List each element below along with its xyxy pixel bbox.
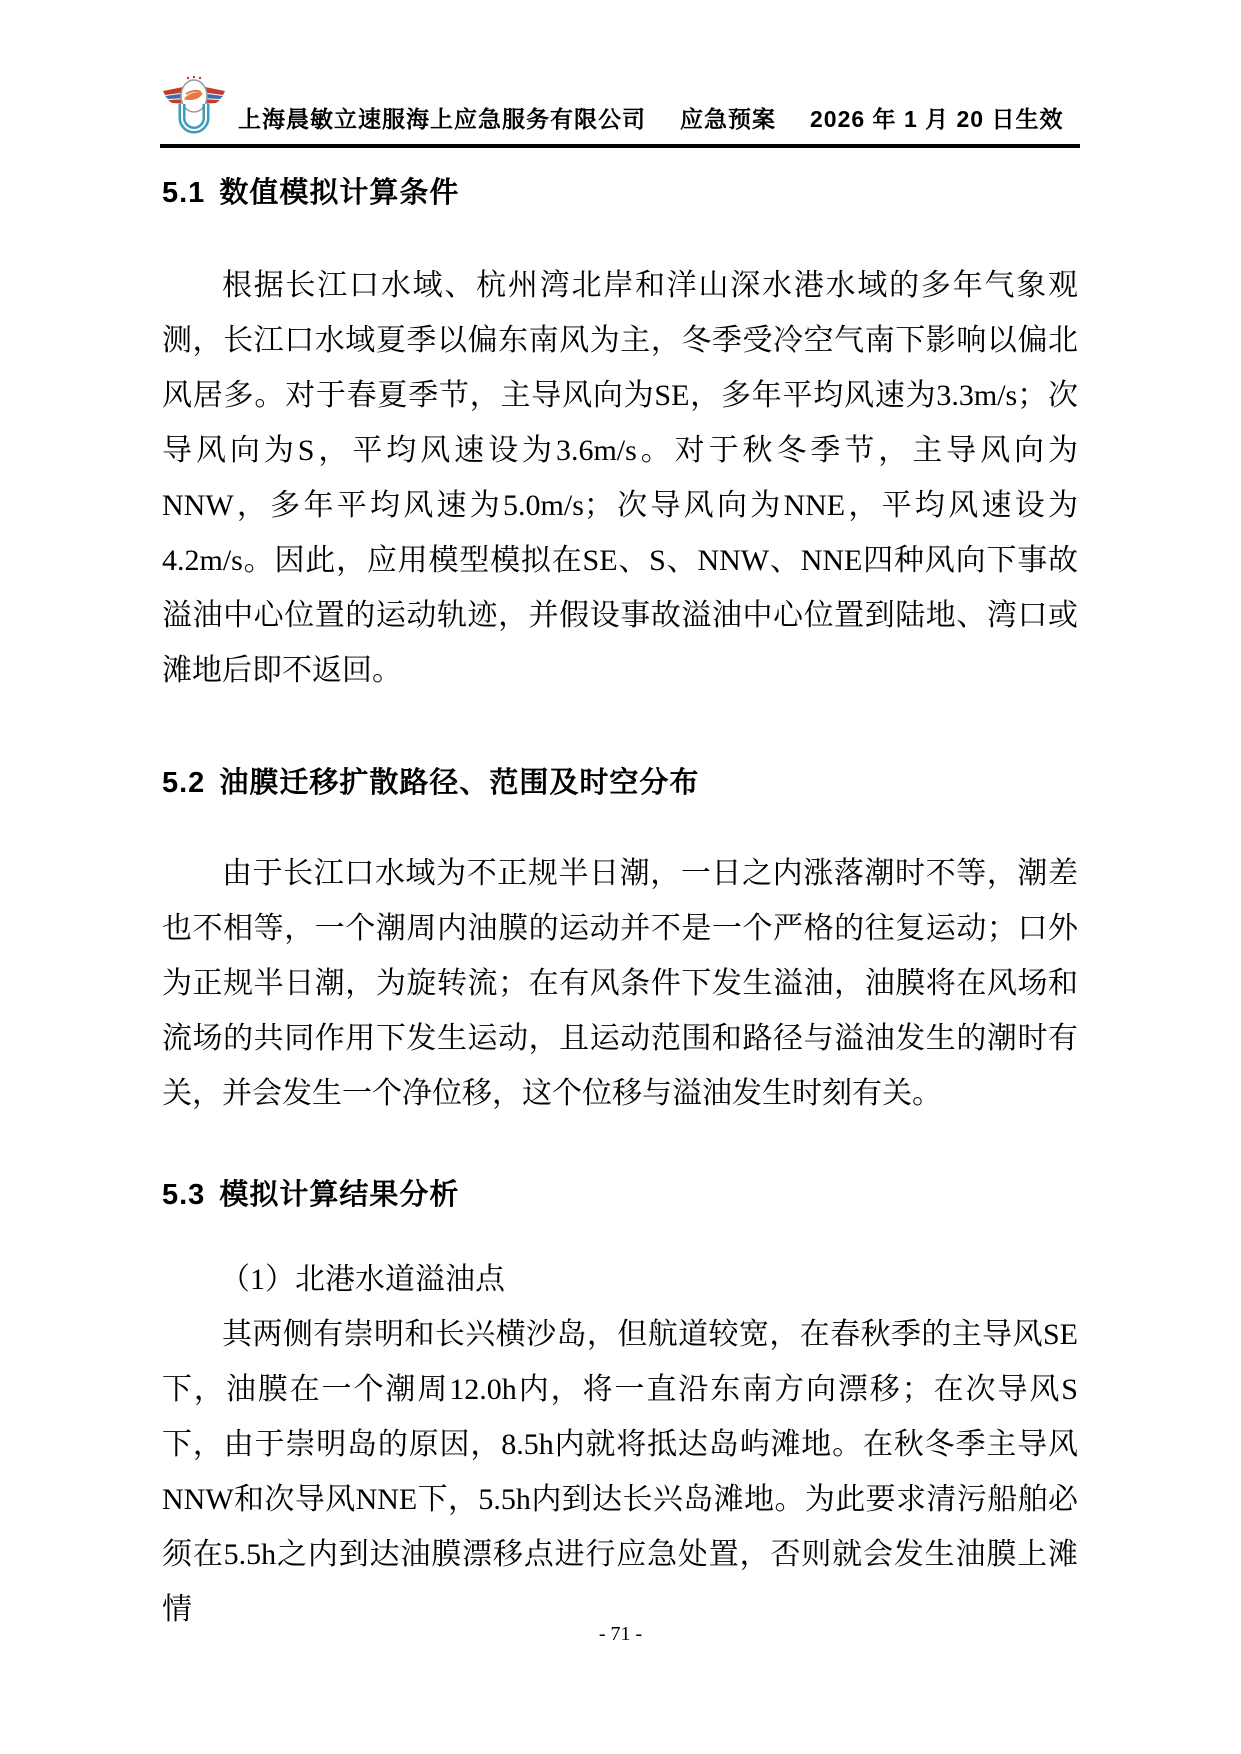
header-company-name: 上海晨敏立速服海上应急服务有限公司: [238, 106, 646, 132]
section-title: 数值模拟计算条件: [219, 177, 459, 209]
section-5-2-paragraph: 由于长江口水域为不正规半日潮，一日之内涨落潮时不等，潮差也不相等，一个潮周内油膜…: [162, 846, 1078, 1121]
section-5-1-heading: 5.1数值模拟计算条件: [162, 176, 1078, 210]
section-number: 5.2: [162, 767, 205, 799]
section-5-3-subheading: （1）北港水道溢油点: [162, 1252, 1078, 1307]
section-number: 5.3: [162, 1179, 205, 1211]
header-effective-date: 2026 年 1 月 20 日生效: [810, 106, 1064, 132]
document-header: 上海晨敏立速服海上应急服务有限公司应急预案2026 年 1 月 20 日生效: [162, 74, 1080, 140]
section-number: 5.1: [162, 177, 205, 209]
section-title: 油膜迁移扩散路径、范围及时空分布: [219, 767, 699, 799]
section-5-1-paragraph: 根据长江口水域、杭州湾北岸和洋山深水港水域的多年气象观测，长江口水域夏季以偏东南…: [162, 258, 1078, 698]
header-title-line: 上海晨敏立速服海上应急服务有限公司应急预案2026 年 1 月 20 日生效: [238, 108, 1064, 131]
document-page: 上海晨敏立速服海上应急服务有限公司应急预案2026 年 1 月 20 日生效 5…: [0, 0, 1241, 1754]
section-5-2-heading: 5.2油膜迁移扩散路径、范围及时空分布: [162, 766, 1078, 800]
section-5-3-heading: 5.3模拟计算结果分析: [162, 1178, 1078, 1212]
section-title: 模拟计算结果分析: [219, 1179, 459, 1211]
page-footer: - 71 -: [0, 1622, 1241, 1646]
company-logo-icon: [162, 74, 226, 140]
header-divider-rule: [160, 144, 1080, 148]
page-number: - 71 -: [599, 1623, 642, 1645]
header-doc-type: 应急预案: [680, 106, 776, 132]
section-5-3-paragraph: 其两侧有崇明和长兴横沙岛，但航道较宽，在春秋季的主导风SE下，油膜在一个潮周12…: [162, 1307, 1078, 1637]
